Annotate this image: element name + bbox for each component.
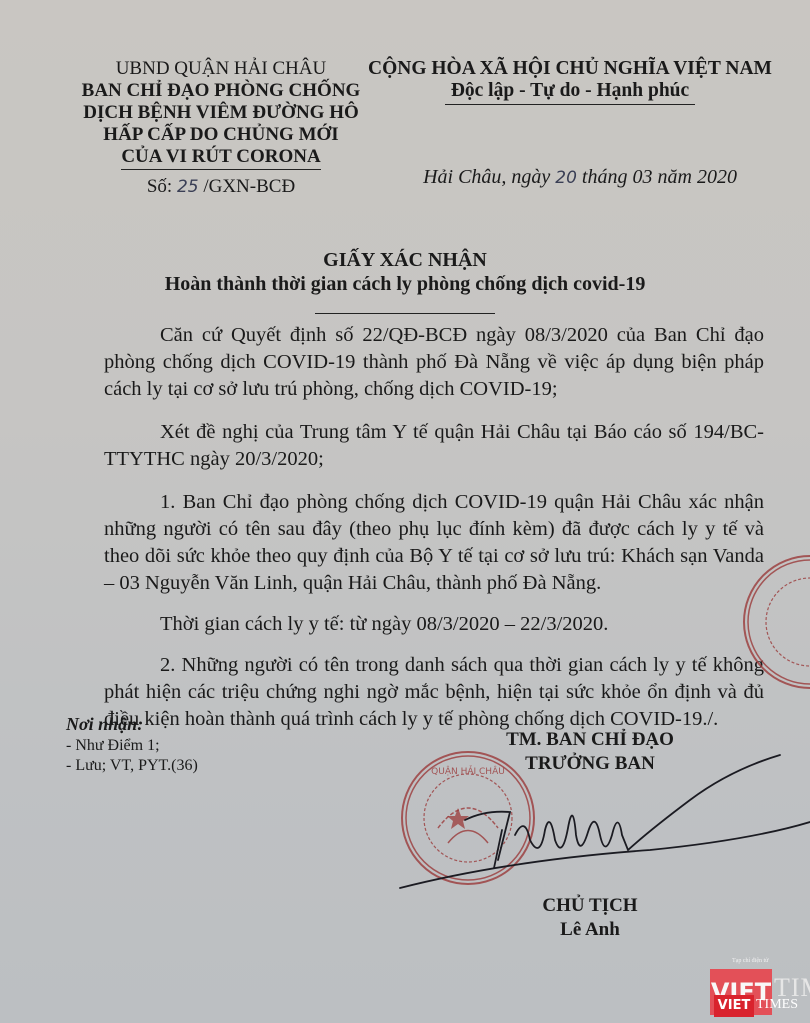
signatory-name: Lê Anh (470, 918, 710, 942)
body-paragraph: 1. Ban Chỉ đạo phòng chống dịch COVID-19… (104, 489, 764, 597)
body-paragraph: Căn cứ Quyết định số 22/QĐ-BCĐ ngày 08/3… (104, 322, 764, 403)
document-title: GIẤY XÁC NHẬN Hoàn thành thời gian cách … (0, 248, 810, 320)
handwritten-number: 25 (177, 177, 199, 197)
document-number: Số: 25 /GXN-BCĐ (62, 176, 380, 198)
national-header: CỘNG HÒA XÃ HỘI CHỦ NGHĨA VIỆT NAM Độc l… (360, 58, 780, 105)
body-paragraph: Xét đề nghị của Trung tâm Y tế quận Hải … (104, 419, 764, 473)
body-paragraph: Thời gian cách ly y tế: từ ngày 08/3/202… (104, 611, 764, 638)
document-body: Căn cứ Quyết định số 22/QĐ-BCĐ ngày 08/3… (104, 322, 764, 749)
recipient-item: - Lưu; VT, PYT.(36) (66, 756, 198, 776)
steering-committee-line: CỦA VI RÚT CORONA (121, 146, 320, 170)
title-underline (315, 313, 495, 314)
handwritten-signature-icon (390, 740, 810, 900)
national-motto: Độc lập - Tự do - Hạnh phúc (445, 80, 695, 105)
steering-committee-line: BAN CHỈ ĐẠO PHÒNG CHỐNG (62, 80, 380, 102)
steering-committee-line: DỊCH BỆNH VIÊM ĐƯỜNG HÔ (62, 102, 380, 124)
recipients-heading: Nơi nhận: (66, 714, 198, 734)
handwritten-day: 20 (555, 168, 577, 188)
title-subtitle: Hoàn thành thời gian cách ly phòng chống… (0, 272, 810, 296)
signatory-title: CHỦ TỊCH (470, 894, 710, 918)
steering-committee-line: HẤP CẤP DO CHỦNG MỚI (62, 124, 380, 146)
district-committee: UBND QUẬN HẢI CHÂU (62, 58, 380, 80)
viettimes-watermark-logo: Tạp chí điện tử VIET TIMES VIET TIMES (710, 965, 810, 1023)
body-paragraph: 2. Những người có tên trong danh sách qu… (104, 652, 764, 733)
recipient-item: - Như Điểm 1; (66, 736, 198, 756)
recipients-block: Nơi nhận: - Như Điểm 1; - Lưu; VT, PYT.(… (66, 714, 198, 776)
signatory-title-block: CHỦ TỊCH Lê Anh (470, 894, 710, 942)
issuing-authority-header: UBND QUẬN HẢI CHÂU BAN CHỈ ĐẠO PHÒNG CHỐ… (62, 58, 380, 198)
title-main: GIẤY XÁC NHẬN (0, 248, 810, 272)
nation-name: CỘNG HÒA XÃ HỘI CHỦ NGHĨA VIỆT NAM (360, 58, 780, 80)
official-seal-partial-icon (735, 552, 810, 692)
date-line: Hải Châu, ngày 20 tháng 03 năm 2020 (380, 166, 780, 189)
